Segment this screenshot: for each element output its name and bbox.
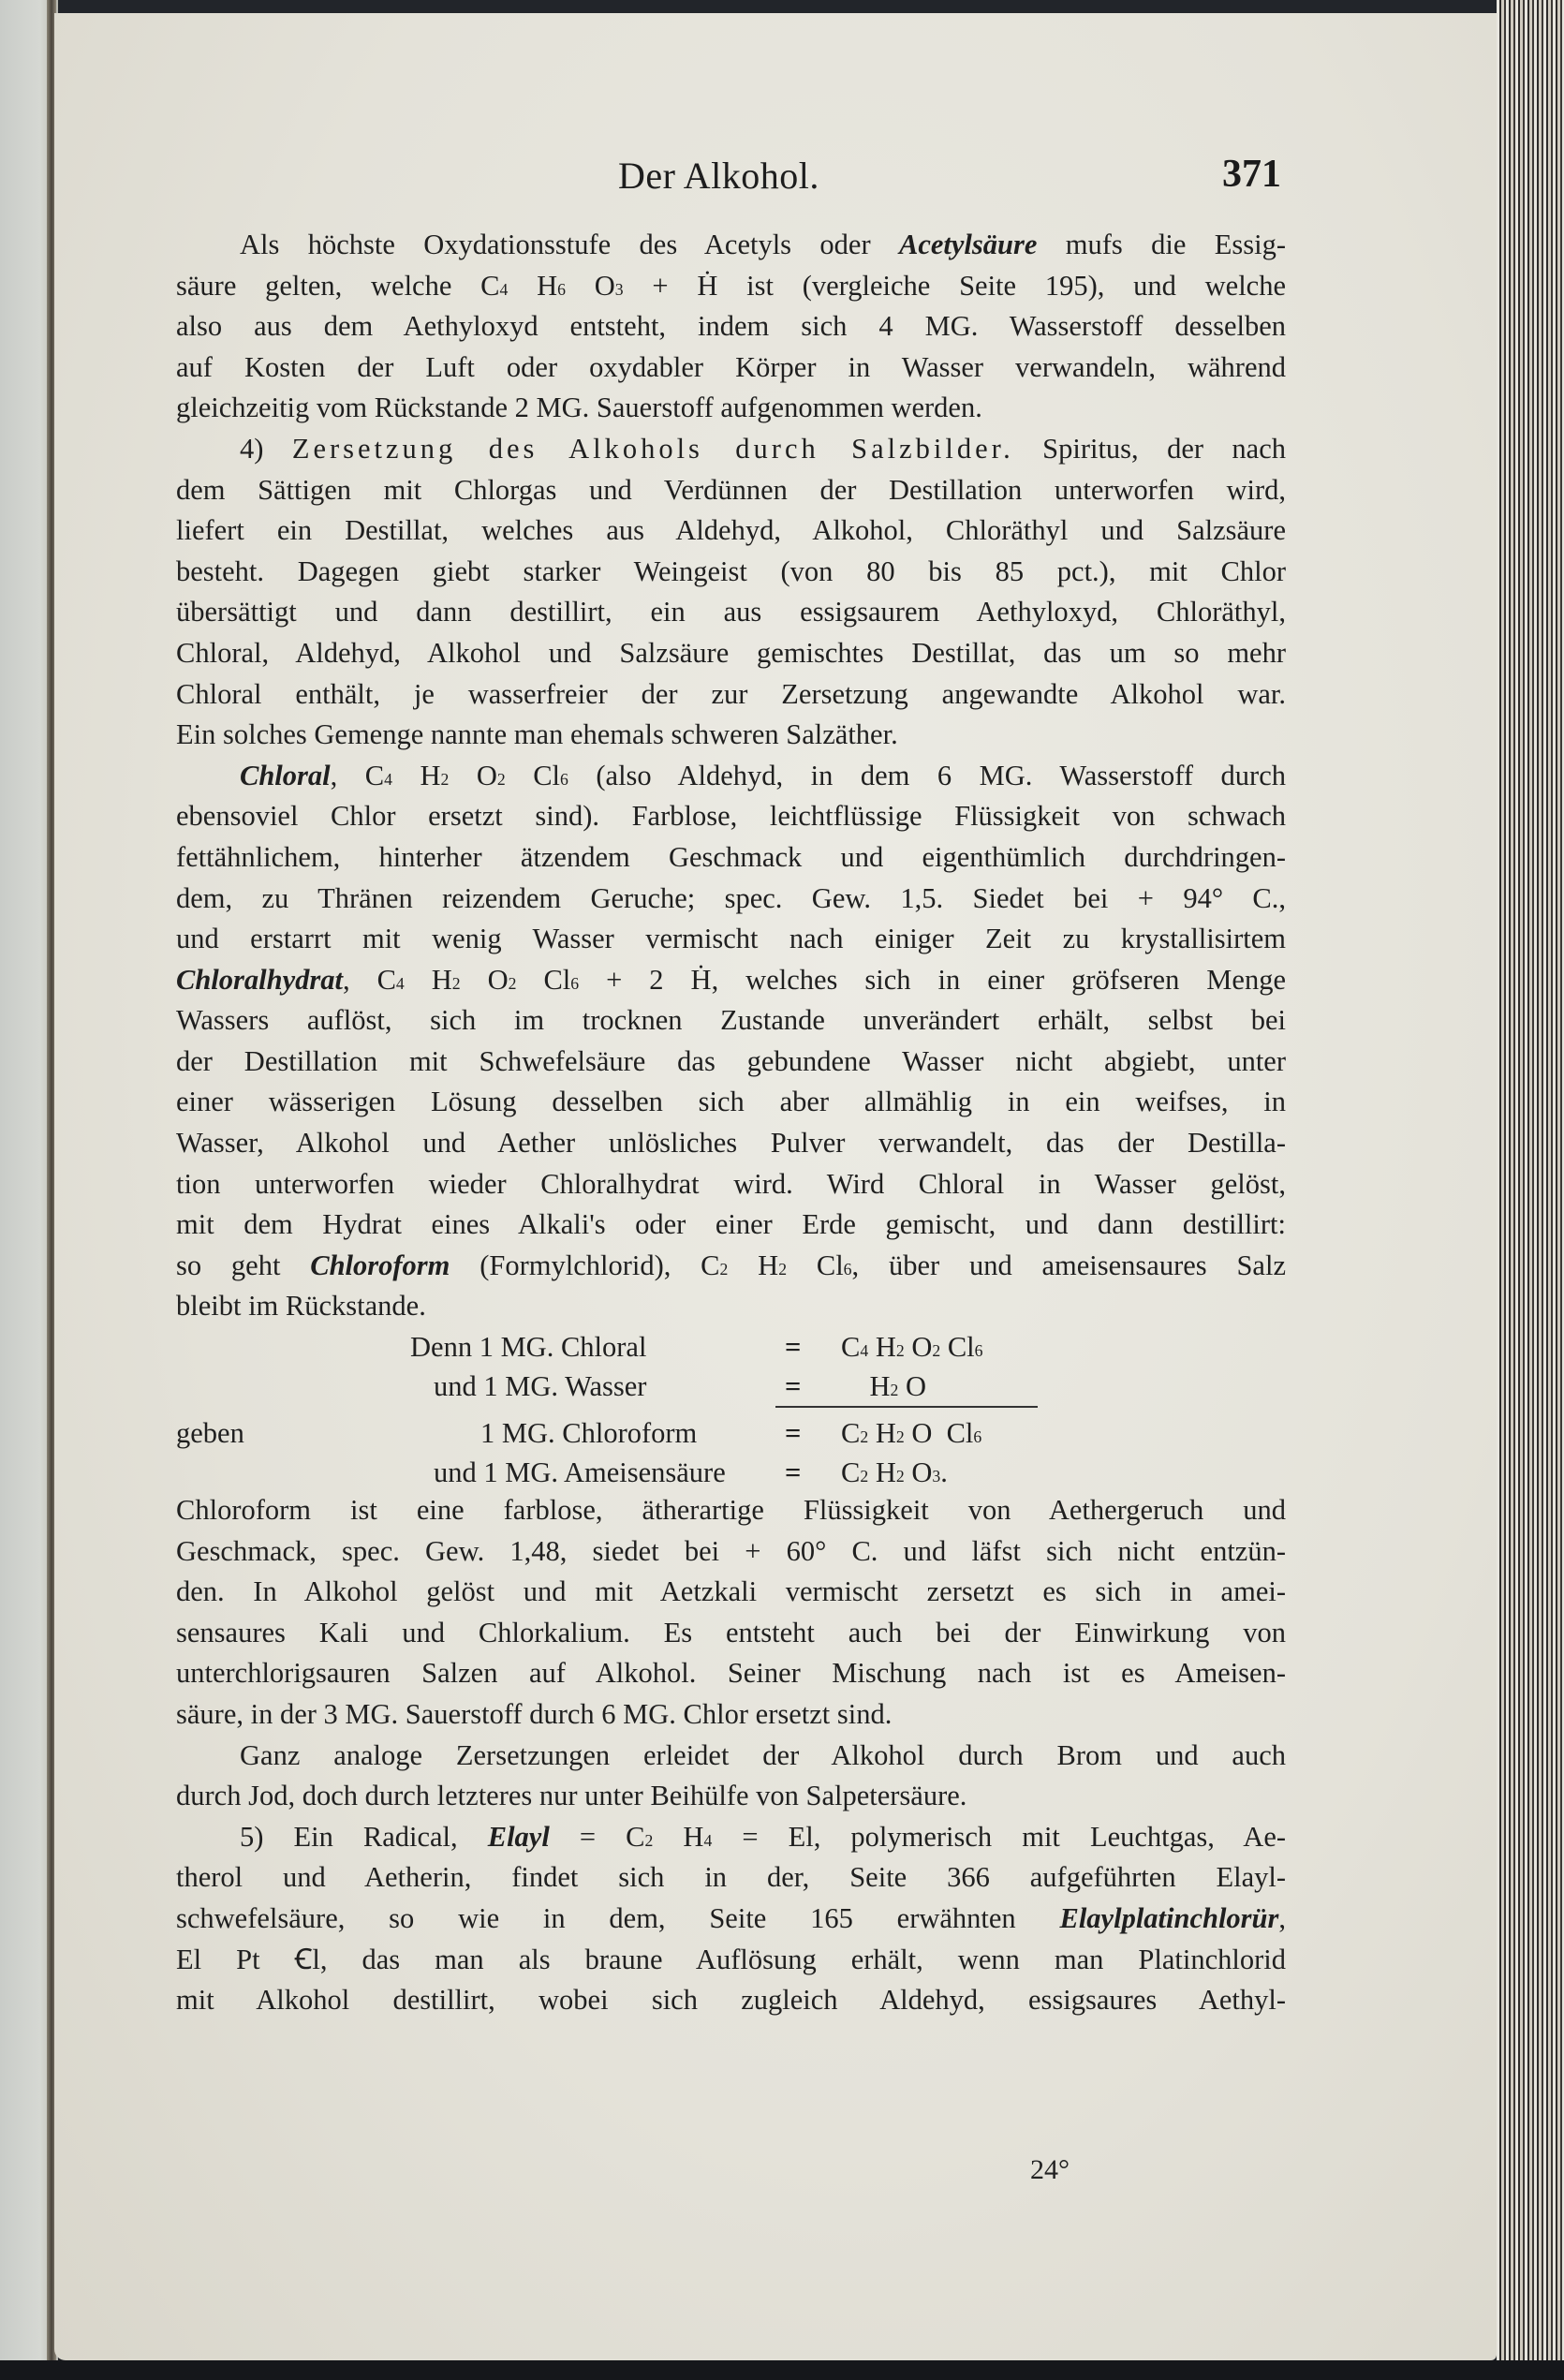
bottom-shadow	[0, 2360, 1564, 2380]
text-line: schwefelsäure, so wie in dem, Seite 165 …	[176, 1899, 1286, 1940]
chemical-formula: C2 H2 O Cl6	[841, 1413, 981, 1455]
text-line: therol und Aetherin, findet sich in der,…	[176, 1857, 1286, 1899]
text-line: den. In Alkohol gelöst und mit Aetzkali …	[176, 1572, 1286, 1613]
text-line: Chloral enthält, je wasserfreier der zur…	[176, 674, 1286, 716]
text-line: Ein solches Gemenge nannte man ehemals s…	[176, 715, 1286, 756]
page-number: 371	[1222, 152, 1281, 197]
text-line: Chloral, Aldehyd, Alkohol und Salzsäure …	[176, 633, 1286, 674]
text-line: liefert ein Destillat, welches aus Aldeh…	[176, 510, 1286, 552]
equals-sign: =	[785, 1413, 801, 1455]
equals-sign: =	[785, 1453, 801, 1494]
chemical-formula: C2 H2 O3.	[841, 1453, 948, 1494]
equation-label: 1 MG. Chloroform	[480, 1413, 697, 1455]
text-line: dem Sättigen mit Chlorgas und Verdünnen …	[176, 470, 1286, 511]
text-line: besteht. Dagegen giebt starker Weingeist…	[176, 552, 1286, 593]
equation-prefix: geben	[176, 1413, 244, 1455]
chemical-formula: H2 O	[841, 1367, 926, 1408]
text-line: dem, zu Thränen reizendem Geruche; spec.…	[176, 879, 1286, 920]
text-line: Wasser, Alkohol und Aether unlösliches P…	[176, 1123, 1286, 1164]
text-line: unterchlorigsauren Salzen auf Alkohol. S…	[176, 1653, 1286, 1694]
top-shadow	[0, 0, 1564, 13]
text-line: ebensoviel Chlor ersetzt sind). Farblose…	[176, 796, 1286, 837]
text-line: Chloralhydrat, C4 H2 O2 Cl6 + 2 Ḣ, welch…	[176, 960, 1286, 1001]
equation-label: Denn 1 MG. Chloral	[410, 1327, 646, 1368]
paragraphs-after-equations: Chloroform ist eine farblose, ätherartig…	[176, 1490, 1286, 2021]
text-line: und erstarrt mit wenig Wasser vermischt …	[176, 919, 1286, 960]
text-line: übersättigt und dann destillirt, ein aus…	[176, 592, 1286, 633]
text-line: durch Jod, doch durch letzteres nur unte…	[176, 1776, 1286, 1817]
body-text: Als höchste Oxydationsstufe des Acetyls …	[176, 225, 1286, 2021]
page-stack-edge	[1497, 0, 1564, 2380]
equation-label: und 1 MG. Ameisensäure	[434, 1453, 726, 1494]
text-line: Chloral, C4 H2 O2 Cl6 (also Aldehyd, in …	[176, 756, 1286, 797]
running-head: Der Alkohol. 371	[169, 150, 1292, 206]
text-line: 4) Zersetzung des Alkohols durch Salzbil…	[176, 429, 1286, 470]
text-line: Wassers auflöst, sich im trocknen Zustan…	[176, 1000, 1286, 1042]
text-line: gleichzeitig vom Rückstande 2 MG. Sauers…	[176, 388, 1286, 429]
text-line: fettähnlichem, hinterher ätzendem Geschm…	[176, 837, 1286, 879]
text-line: der Destillation mit Schwefelsäure das g…	[176, 1042, 1286, 1083]
text-line: Als höchste Oxydationsstufe des Acetyls …	[176, 225, 1286, 266]
text-line: El Pt Ꞓl, das man als braune Auflösung e…	[176, 1940, 1286, 1981]
chemical-formula: C4 H2 O2 Cl6	[841, 1327, 982, 1368]
running-title: Der Alkohol.	[618, 154, 819, 198]
equation-row: und 1 MG. Wasser= H2 O	[176, 1367, 1286, 1408]
text-line: tion unterworfen wieder Chloralhydrat wi…	[176, 1164, 1286, 1205]
text-line: mit dem Hydrat eines Alkali's oder einer…	[176, 1205, 1286, 1246]
text-line: säure gelten, welche C4 H6 O3 + Ḣ ist (v…	[176, 266, 1286, 307]
text-line: bleibt im Rückstande.	[176, 1286, 1286, 1327]
equation-row: Denn 1 MG. Chloral=C4 H2 O2 Cl6	[176, 1327, 1286, 1368]
text-line: also aus dem Aethyloxyd entsteht, indem …	[176, 306, 1286, 347]
text-line: Geschmack, spec. Gew. 1,48, siedet bei +…	[176, 1531, 1286, 1573]
text-line: säure, in der 3 MG. Sauerstoff durch 6 M…	[176, 1694, 1286, 1736]
equation-row: und 1 MG. Ameisensäure=C2 H2 O3.	[176, 1453, 1286, 1494]
text-line: Chloroform ist eine farblose, ätherartig…	[176, 1490, 1286, 1531]
equals-sign: =	[785, 1327, 801, 1368]
text-line: Ganz analoge Zersetzungen erleidet der A…	[176, 1736, 1286, 1777]
text-line: 5) Ein Radical, Elayl = C2 H4 = El, poly…	[176, 1817, 1286, 1858]
equation-label: und 1 MG. Wasser	[434, 1367, 646, 1408]
text-line: auf Kosten der Luft oder oxydabler Körpe…	[176, 347, 1286, 389]
equation-row: geben1 MG. Chloroform=C2 H2 O Cl6	[176, 1413, 1286, 1455]
text-line: so geht Chloroform (Formylchlorid), C2 H…	[176, 1246, 1286, 1287]
equals-sign: =	[785, 1367, 801, 1408]
signature-mark: 24°	[1030, 2154, 1070, 2186]
text-line: einer wässerigen Lösung desselben sich a…	[176, 1082, 1286, 1123]
text-line: mit Alkohol destillirt, wobei sich zugle…	[176, 1980, 1286, 2021]
equation-block: Denn 1 MG. Chloral=C4 H2 O2 Cl6und 1 MG.…	[176, 1327, 1286, 1490]
paragraphs-before-equations: Als höchste Oxydationsstufe des Acetyls …	[176, 225, 1286, 1327]
text-line: sensaures Kali und Chlorkalium. Es entst…	[176, 1613, 1286, 1654]
